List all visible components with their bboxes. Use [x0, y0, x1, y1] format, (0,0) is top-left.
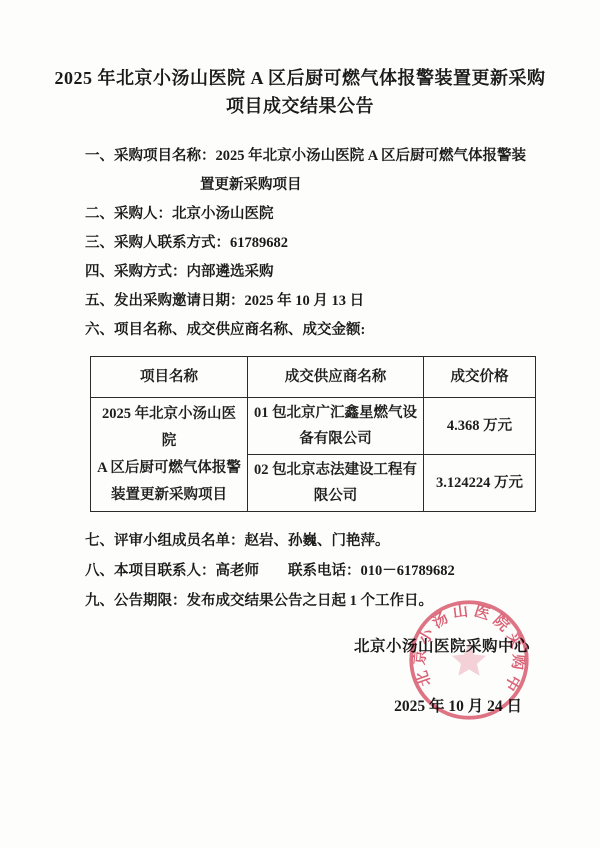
numbered-items-bottom: 七、评审小组成员名单：赵岩、孙巍、门艳萍。 八、本项目联系人：高老师 联系电话：… [85, 526, 545, 616]
supplier-cell-2: 02 包北京志法建设工程有限公司 [248, 455, 424, 512]
item-3: 三、采购人联系方式：61789682 [85, 229, 545, 258]
document-page: 2025 年北京小汤山医院 A 区后厨可燃气体报警装置更新采购 项目成交结果公告… [0, 0, 600, 848]
item-5: 五、发出采购邀请日期：2025 年 10 月 13 日 [85, 287, 545, 316]
header-project-name: 项目名称 [91, 357, 248, 398]
table-row: 2025 年北京小汤山医院 A 区后厨可燃气体报警 装置更新采购项目 01 包北… [91, 398, 536, 455]
project-name-cell: 2025 年北京小汤山医院 A 区后厨可燃气体报警 装置更新采购项目 [91, 398, 248, 512]
item-1-line1: 一、采购项目名称：2025 年北京小汤山医院 A 区后厨可燃气体报警装 [85, 142, 545, 171]
item-2: 二、采购人：北京小汤山医院 [85, 200, 545, 229]
supplier-cell-1: 01 包北京广汇鑫星燃气设备有限公司 [248, 398, 424, 455]
project-name-line1: 2025 年北京小汤山医院 [96, 401, 242, 455]
document-title-line2: 项目成交结果公告 [0, 92, 600, 120]
item-8: 八、本项目联系人：高老师 联系电话：010－61789682 [85, 556, 545, 586]
project-name-line3: 装置更新采购项目 [96, 482, 242, 509]
issuer-signature: 北京小汤山医院采购中心 [354, 634, 530, 656]
header-price: 成交价格 [424, 357, 536, 398]
item-1-line2: 置更新采购项目 [85, 171, 545, 200]
price-cell-1: 4.368 万元 [424, 398, 536, 455]
document-date: 2025 年 10 月 24 日 [394, 694, 522, 716]
project-name-line2: A 区后厨可燃气体报警 [96, 455, 242, 482]
item-6: 六、项目名称、成交供应商名称、成交金额: [85, 316, 545, 345]
price-cell-2: 3.124224 万元 [424, 455, 536, 512]
numbered-items: 一、采购项目名称：2025 年北京小汤山医院 A 区后厨可燃气体报警装 置更新采… [85, 142, 545, 345]
header-supplier-name: 成交供应商名称 [248, 357, 424, 398]
item-9: 九、公告期限：发布成交结果公告之日起 1 个工作日。 [85, 586, 545, 616]
document-title: 2025 年北京小汤山医院 A 区后厨可燃气体报警装置更新采购 项目成交结果公告 [0, 0, 600, 120]
item-7: 七、评审小组成员名单：赵岩、孙巍、门艳萍。 [85, 526, 545, 556]
document-title-line1: 2025 年北京小汤山医院 A 区后厨可燃气体报警装置更新采购 [0, 64, 600, 92]
procurement-result-table: 项目名称 成交供应商名称 成交价格 2025 年北京小汤山医院 A 区后厨可燃气… [90, 356, 536, 512]
table-header-row: 项目名称 成交供应商名称 成交价格 [91, 357, 536, 398]
item-4: 四、采购方式：内部遴选采购 [85, 258, 545, 287]
